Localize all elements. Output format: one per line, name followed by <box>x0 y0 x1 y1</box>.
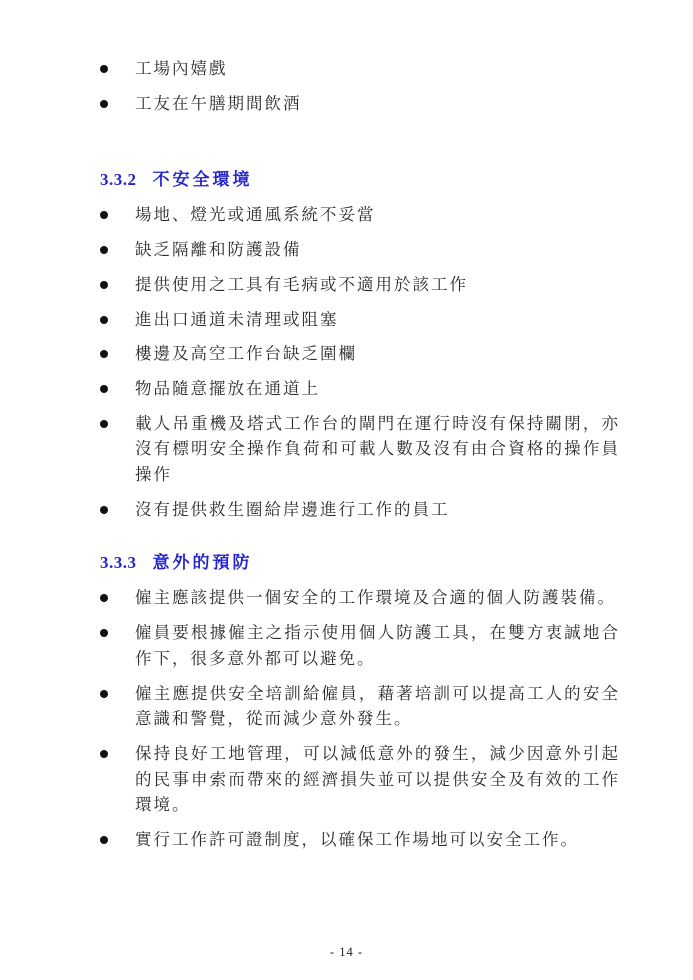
bullet-text: 樓邊及高空工作台缺乏圍欄 <box>135 341 620 367</box>
bullet-text: 沒有提供救生圈給岸邊進行工作的員工 <box>135 497 620 523</box>
bullet-icon <box>100 620 135 637</box>
list-item: 保持良好工地管理，可以減低意外的發生，減少因意外引起的民事申索而帶來的經濟損失並… <box>100 741 620 818</box>
bullet-icon <box>100 237 135 254</box>
bullet-icon <box>100 376 135 393</box>
section-title: 不安全環境 <box>153 170 253 189</box>
list-item: 提供使用之工具有毛病或不適用於該工作 <box>100 272 620 298</box>
page-number: - 14 - <box>0 945 693 960</box>
bullet-icon <box>100 341 135 358</box>
bullet-text: 僱主應該提供一個安全的工作環境及合適的個人防護裝備。 <box>135 585 620 611</box>
bullet-text: 僱員要根據僱主之指示使用個人防護工具，在雙方衷誠地合作下，很多意外都可以避免。 <box>135 620 620 671</box>
bullet-text: 實行工作許可證制度，以確保工作場地可以安全工作。 <box>135 827 620 853</box>
list-item: 沒有提供救生圈給岸邊進行工作的員工 <box>100 497 620 523</box>
section-number: 3.3.3 <box>100 553 137 572</box>
bullet-icon <box>100 56 135 73</box>
list-item: 實行工作許可證制度，以確保工作場地可以安全工作。 <box>100 827 620 853</box>
bullet-text: 工場內嬉戲 <box>135 56 620 82</box>
list-item: 進出口通道未清理或阻塞 <box>100 307 620 333</box>
intro-bullet-list: 工場內嬉戲 工友在午膳期間飲酒 <box>100 56 620 116</box>
bullet-icon <box>100 741 135 758</box>
spacer <box>100 125 620 139</box>
section-title: 意外的預防 <box>153 553 253 572</box>
document-page: 工場內嬉戲 工友在午膳期間飲酒 3.3.2不安全環境 場地、燈光或通風系統不妥當… <box>0 0 693 980</box>
bullet-icon <box>100 411 135 428</box>
list-item: 場地、燈光或通風系統不妥當 <box>100 202 620 228</box>
list-item: 工場內嬉戲 <box>100 56 620 82</box>
list-item: 僱主應該提供一個安全的工作環境及合適的個人防護裝備。 <box>100 585 620 611</box>
bullet-icon <box>100 91 135 108</box>
list-item: 僱主應提供安全培訓給僱員，藉著培訓可以提高工人的安全意識和警覺，從而減少意外發生… <box>100 681 620 732</box>
bullet-text: 提供使用之工具有毛病或不適用於該工作 <box>135 272 620 298</box>
list-item: 缺乏隔離和防護設備 <box>100 237 620 263</box>
bullet-text: 場地、燈光或通風系統不妥當 <box>135 202 620 228</box>
section-heading-3-3-2: 3.3.2不安全環境 <box>100 165 620 190</box>
list-item: 物品隨意擺放在通道上 <box>100 376 620 402</box>
bullet-text: 進出口通道未清理或阻塞 <box>135 307 620 333</box>
section-heading-3-3-3: 3.3.3意外的預防 <box>100 548 620 573</box>
bullet-text: 載人吊重機及塔式工作台的閘門在運行時沒有保持關閉，亦沒有標明安全操作負荷和可載人… <box>135 411 620 488</box>
bullet-icon <box>100 202 135 219</box>
section-3-3-2-bullet-list: 場地、燈光或通風系統不妥當 缺乏隔離和防護設備 提供使用之工具有毛病或不適用於該… <box>100 202 620 522</box>
bullet-text: 物品隨意擺放在通道上 <box>135 376 620 402</box>
section-3-3-3-bullet-list: 僱主應該提供一個安全的工作環境及合適的個人防護裝備。 僱員要根據僱主之指示使用個… <box>100 585 620 852</box>
bullet-icon <box>100 827 135 844</box>
bullet-text: 僱主應提供安全培訓給僱員，藉著培訓可以提高工人的安全意識和警覺，從而減少意外發生… <box>135 681 620 732</box>
bullet-text: 工友在午膳期間飲酒 <box>135 91 620 117</box>
list-item: 樓邊及高空工作台缺乏圍欄 <box>100 341 620 367</box>
bullet-icon <box>100 272 135 289</box>
bullet-icon <box>100 585 135 602</box>
bullet-icon <box>100 681 135 698</box>
bullet-icon <box>100 307 135 324</box>
list-item: 僱員要根據僱主之指示使用個人防護工具，在雙方衷誠地合作下，很多意外都可以避免。 <box>100 620 620 671</box>
list-item: 工友在午膳期間飲酒 <box>100 91 620 117</box>
bullet-text: 缺乏隔離和防護設備 <box>135 237 620 263</box>
list-item: 載人吊重機及塔式工作台的閘門在運行時沒有保持關閉，亦沒有標明安全操作負荷和可載人… <box>100 411 620 488</box>
bullet-icon <box>100 497 135 514</box>
section-number: 3.3.2 <box>100 170 137 189</box>
bullet-text: 保持良好工地管理，可以減低意外的發生，減少因意外引起的民事申索而帶來的經濟損失並… <box>135 741 620 818</box>
